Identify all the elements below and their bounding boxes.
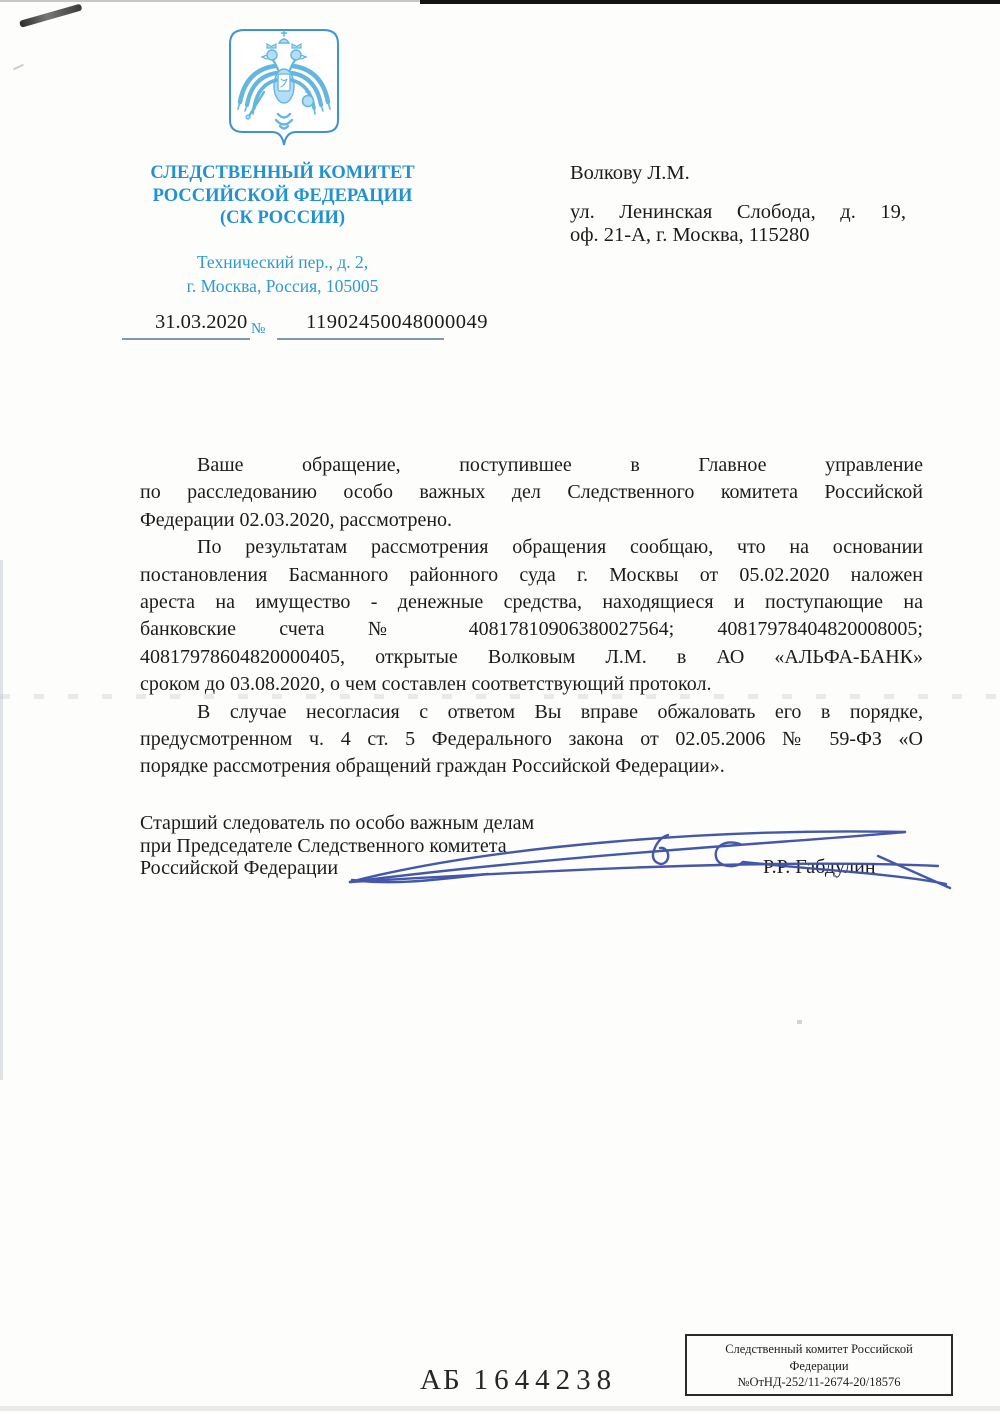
date-underline: [122, 338, 250, 340]
number-sign: №: [251, 321, 265, 338]
org-name-line3: (СК РОССИИ): [90, 207, 475, 230]
signer-title-line1: Старший следователь по особо важным дела…: [140, 812, 534, 835]
body-line: Ваше обращение, поступившее в Главное уп…: [140, 452, 923, 479]
recipient-name: Волкову Л.М.: [570, 162, 690, 185]
signer-title-line3: Российской Федерации: [140, 857, 534, 880]
scanned-letter-page: СЛЕДСТВЕННЫЙ КОМИТЕТ РОССИЙСКОЙ ФЕДЕРАЦИ…: [0, 0, 1000, 1414]
org-address-line1: Технический пер., д. 2,: [90, 251, 475, 275]
body-line: По результатам рассмотрения обращения со…: [140, 534, 923, 561]
body-line: Федерации 02.03.2020, рассмотрено.: [140, 507, 923, 534]
body-line: порядке рассмотрения обращений граждан Р…: [140, 753, 923, 780]
body-line: сроком до 03.08.2020, о чем составлен со…: [140, 671, 923, 698]
stamp-line3: №ОтНД-252/11-2674-20/18576: [687, 1374, 951, 1391]
scan-edge-top-right: [420, 0, 1000, 4]
blank-number: 1644238: [474, 1364, 618, 1396]
letter-body: Ваше обращение, поступившее в Главное уп…: [140, 452, 923, 781]
scan-speck: [797, 1020, 802, 1024]
body-line: ареста на имущество - денежные средства,…: [140, 589, 923, 616]
letter-number: 11902450048000049: [306, 311, 488, 334]
number-underline: [277, 338, 444, 340]
org-name-line2: РОССИЙСКОЙ ФЕДЕРАЦИИ: [90, 185, 475, 208]
registration-stamp: Следственный комитет Российской Федераци…: [685, 1334, 953, 1396]
scan-edge-left: [0, 560, 3, 1080]
coat-of-arms-icon: [228, 28, 340, 152]
org-address-line2: г. Москва, Россия, 105005: [90, 275, 475, 299]
org-address: Технический пер., д. 2, г. Москва, Росси…: [90, 251, 475, 298]
staple-mark: [19, 3, 82, 27]
signer-name: Р.Р. Габдулин: [763, 856, 876, 879]
blank-series: АБ: [420, 1364, 462, 1396]
scan-edge-bottom: [0, 1406, 1000, 1411]
org-name: СЛЕДСТВЕННЫЙ КОМИТЕТ РОССИЙСКОЙ ФЕДЕРАЦИ…: [90, 162, 475, 230]
signer-title: Старший следователь по особо важным дела…: [140, 812, 534, 880]
signer-title-line2: при Председателе Следственного комитета: [140, 835, 534, 858]
stamp-line2: Федерации: [687, 1358, 951, 1375]
body-line: 40817978604820000405, открытые Волковым …: [140, 644, 923, 671]
body-line: постановления Басманного районного суда …: [140, 562, 923, 589]
org-name-line1: СЛЕДСТВЕННЫЙ КОМИТЕТ: [90, 162, 475, 185]
blank-serial-number: АБ1644238: [420, 1364, 617, 1397]
letter-date: 31.03.2020: [155, 311, 247, 334]
body-line: банковские счета № 40817810906380027564;…: [140, 616, 923, 643]
body-line: по расследованию особо важных дел Следст…: [140, 479, 923, 506]
stamp-line1: Следственный комитет Российской: [687, 1341, 951, 1358]
scan-edge-top-left: [0, 0, 420, 2]
pencil-tick-mark: [13, 64, 24, 70]
body-line: предусмотренном ч. 4 ст. 5 Федерального …: [140, 726, 923, 753]
body-line: В случае несогласия с ответом Вы вправе …: [140, 699, 923, 726]
recipient-address-line2: оф. 21-А, г. Москва, 115280: [570, 224, 906, 247]
recipient-address-line1: ул. Ленинская Слобода, д. 19,: [570, 201, 906, 224]
